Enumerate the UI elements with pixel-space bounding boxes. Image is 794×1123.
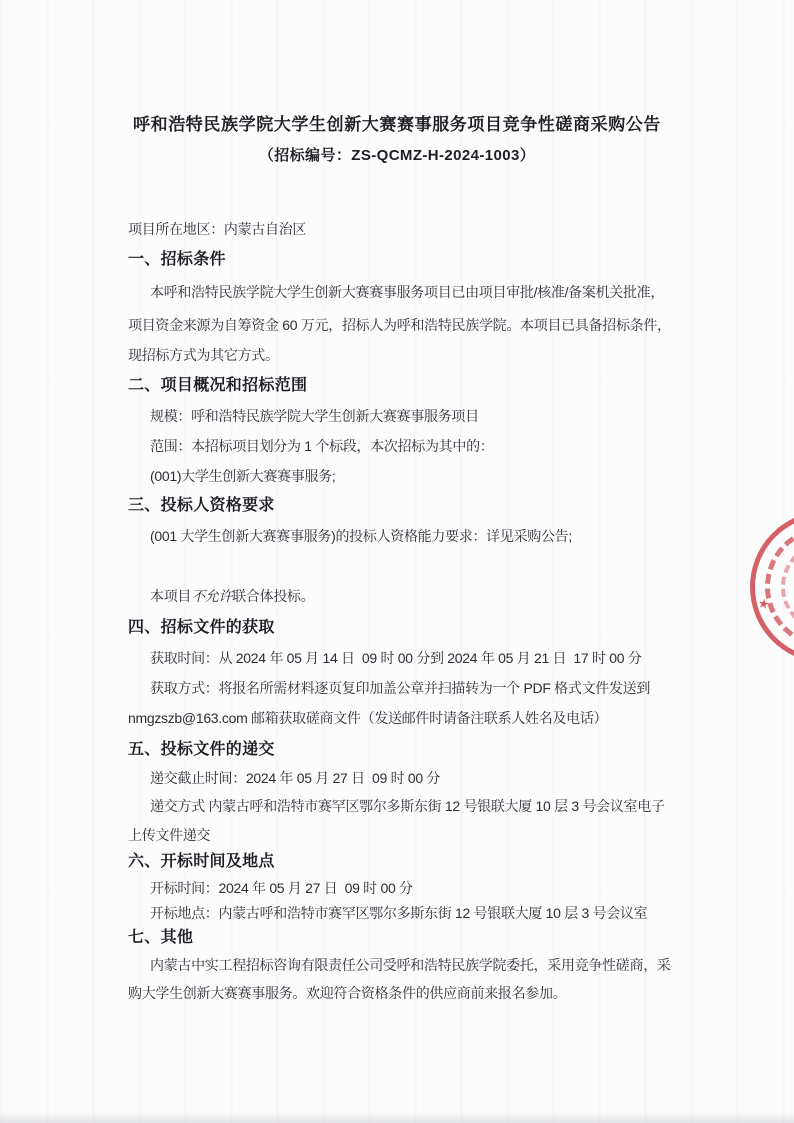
opening-time-line: 开标时间：2024 年 05 月 27 日 09 时 00 分 [150, 877, 413, 899]
other-line2: 购大学生创新大赛赛事服务。欢迎符合资格条件的供应商前来报名参加。 [128, 982, 566, 1004]
section-6-heading: 六、开标时间及地点 [128, 851, 275, 873]
section-2-heading: 二、项目概况和招标范围 [128, 375, 307, 397]
jv-prefix: 本项目 [150, 588, 191, 604]
obtain-email-line: nmgzszb@163.com 邮箱获取磋商文件（发送邮件时请备注联系人姓名及电… [128, 707, 607, 729]
project-scope-line: 范围：本招标项目划分为 1 个标段，本次招标为其中的： [150, 435, 493, 457]
submit-deadline-line: 递交截止时间：2024 年 05 月 27 日 09 时 00 分 [150, 767, 440, 789]
section-1-line: 本呼和浩特民族学院大学生创新大赛赛事服务项目已由项目审批/核准/备案机关批准， [150, 281, 664, 303]
opening-place-line: 开标地点：内蒙古呼和浩特市赛罕区鄂尔多斯东街 12 号银联大厦 10 层 3 号… [150, 902, 647, 924]
section-5-heading: 五、投标文件的递交 [128, 739, 275, 761]
section-4-heading: 四、招标文件的获取 [128, 617, 275, 639]
section-1-heading: 一、招标条件 [128, 249, 226, 271]
jv-suffix: 联合体投标。 [232, 588, 314, 604]
other-line: 内蒙古中实工程招标咨询有限责任公司受呼和浩特民族学院委托，采用竞争性磋商，采 [150, 954, 671, 976]
red-seal-stamp: ★ [750, 511, 794, 663]
qualification-line: (001 大学生创新大赛赛事服务)的投标人资格能力要求：详见采购公告; [150, 525, 572, 547]
joint-venture-line: 本项目不允许联合体投标。 [150, 585, 314, 607]
bid-number: （招标编号：ZS-QCMZ-H-2024-1003） [0, 145, 794, 167]
section-7-heading: 七、其他 [128, 927, 193, 949]
submit-method-line2: 上传文件递交 [128, 824, 210, 846]
section-1-line: 项目资金来源为自筹资金 60 万元，招标人为呼和浩特民族学院。本项目已具备招标条… [128, 314, 671, 336]
jv-not-allowed: 不允许 [191, 588, 232, 604]
obtain-time-line: 获取时间：从 2024 年 05 月 14 日 09 时 00 分到 2024 … [150, 647, 642, 669]
scanned-document-page: 呼和浩特民族学院大学生创新大赛赛事服务项目竞争性磋商采购公告 （招标编号：ZS-… [0, 0, 794, 1123]
section-3-heading: 三、投标人资格要求 [128, 495, 275, 517]
submit-method-line: 递交方式 内蒙古呼和浩特市赛罕区鄂尔多斯东街 12 号银联大厦 10 层 3 号… [150, 795, 665, 817]
page-title: 呼和浩特民族学院大学生创新大赛赛事服务项目竞争性磋商采购公告 [0, 114, 794, 136]
region-line: 项目所在地区：内蒙古自治区 [128, 218, 306, 240]
project-scale-line: 规模：呼和浩特民族学院大学生创新大赛赛事服务项目 [150, 405, 479, 427]
lot-line: (001)大学生创新大赛赛事服务; [150, 465, 335, 487]
section-1-line: 现招标方式为其它方式。 [128, 344, 279, 366]
obtain-method-line: 获取方式：将报名所需材料逐页复印加盖公章并扫描转为一个 PDF 格式文件发送到 [150, 677, 650, 699]
